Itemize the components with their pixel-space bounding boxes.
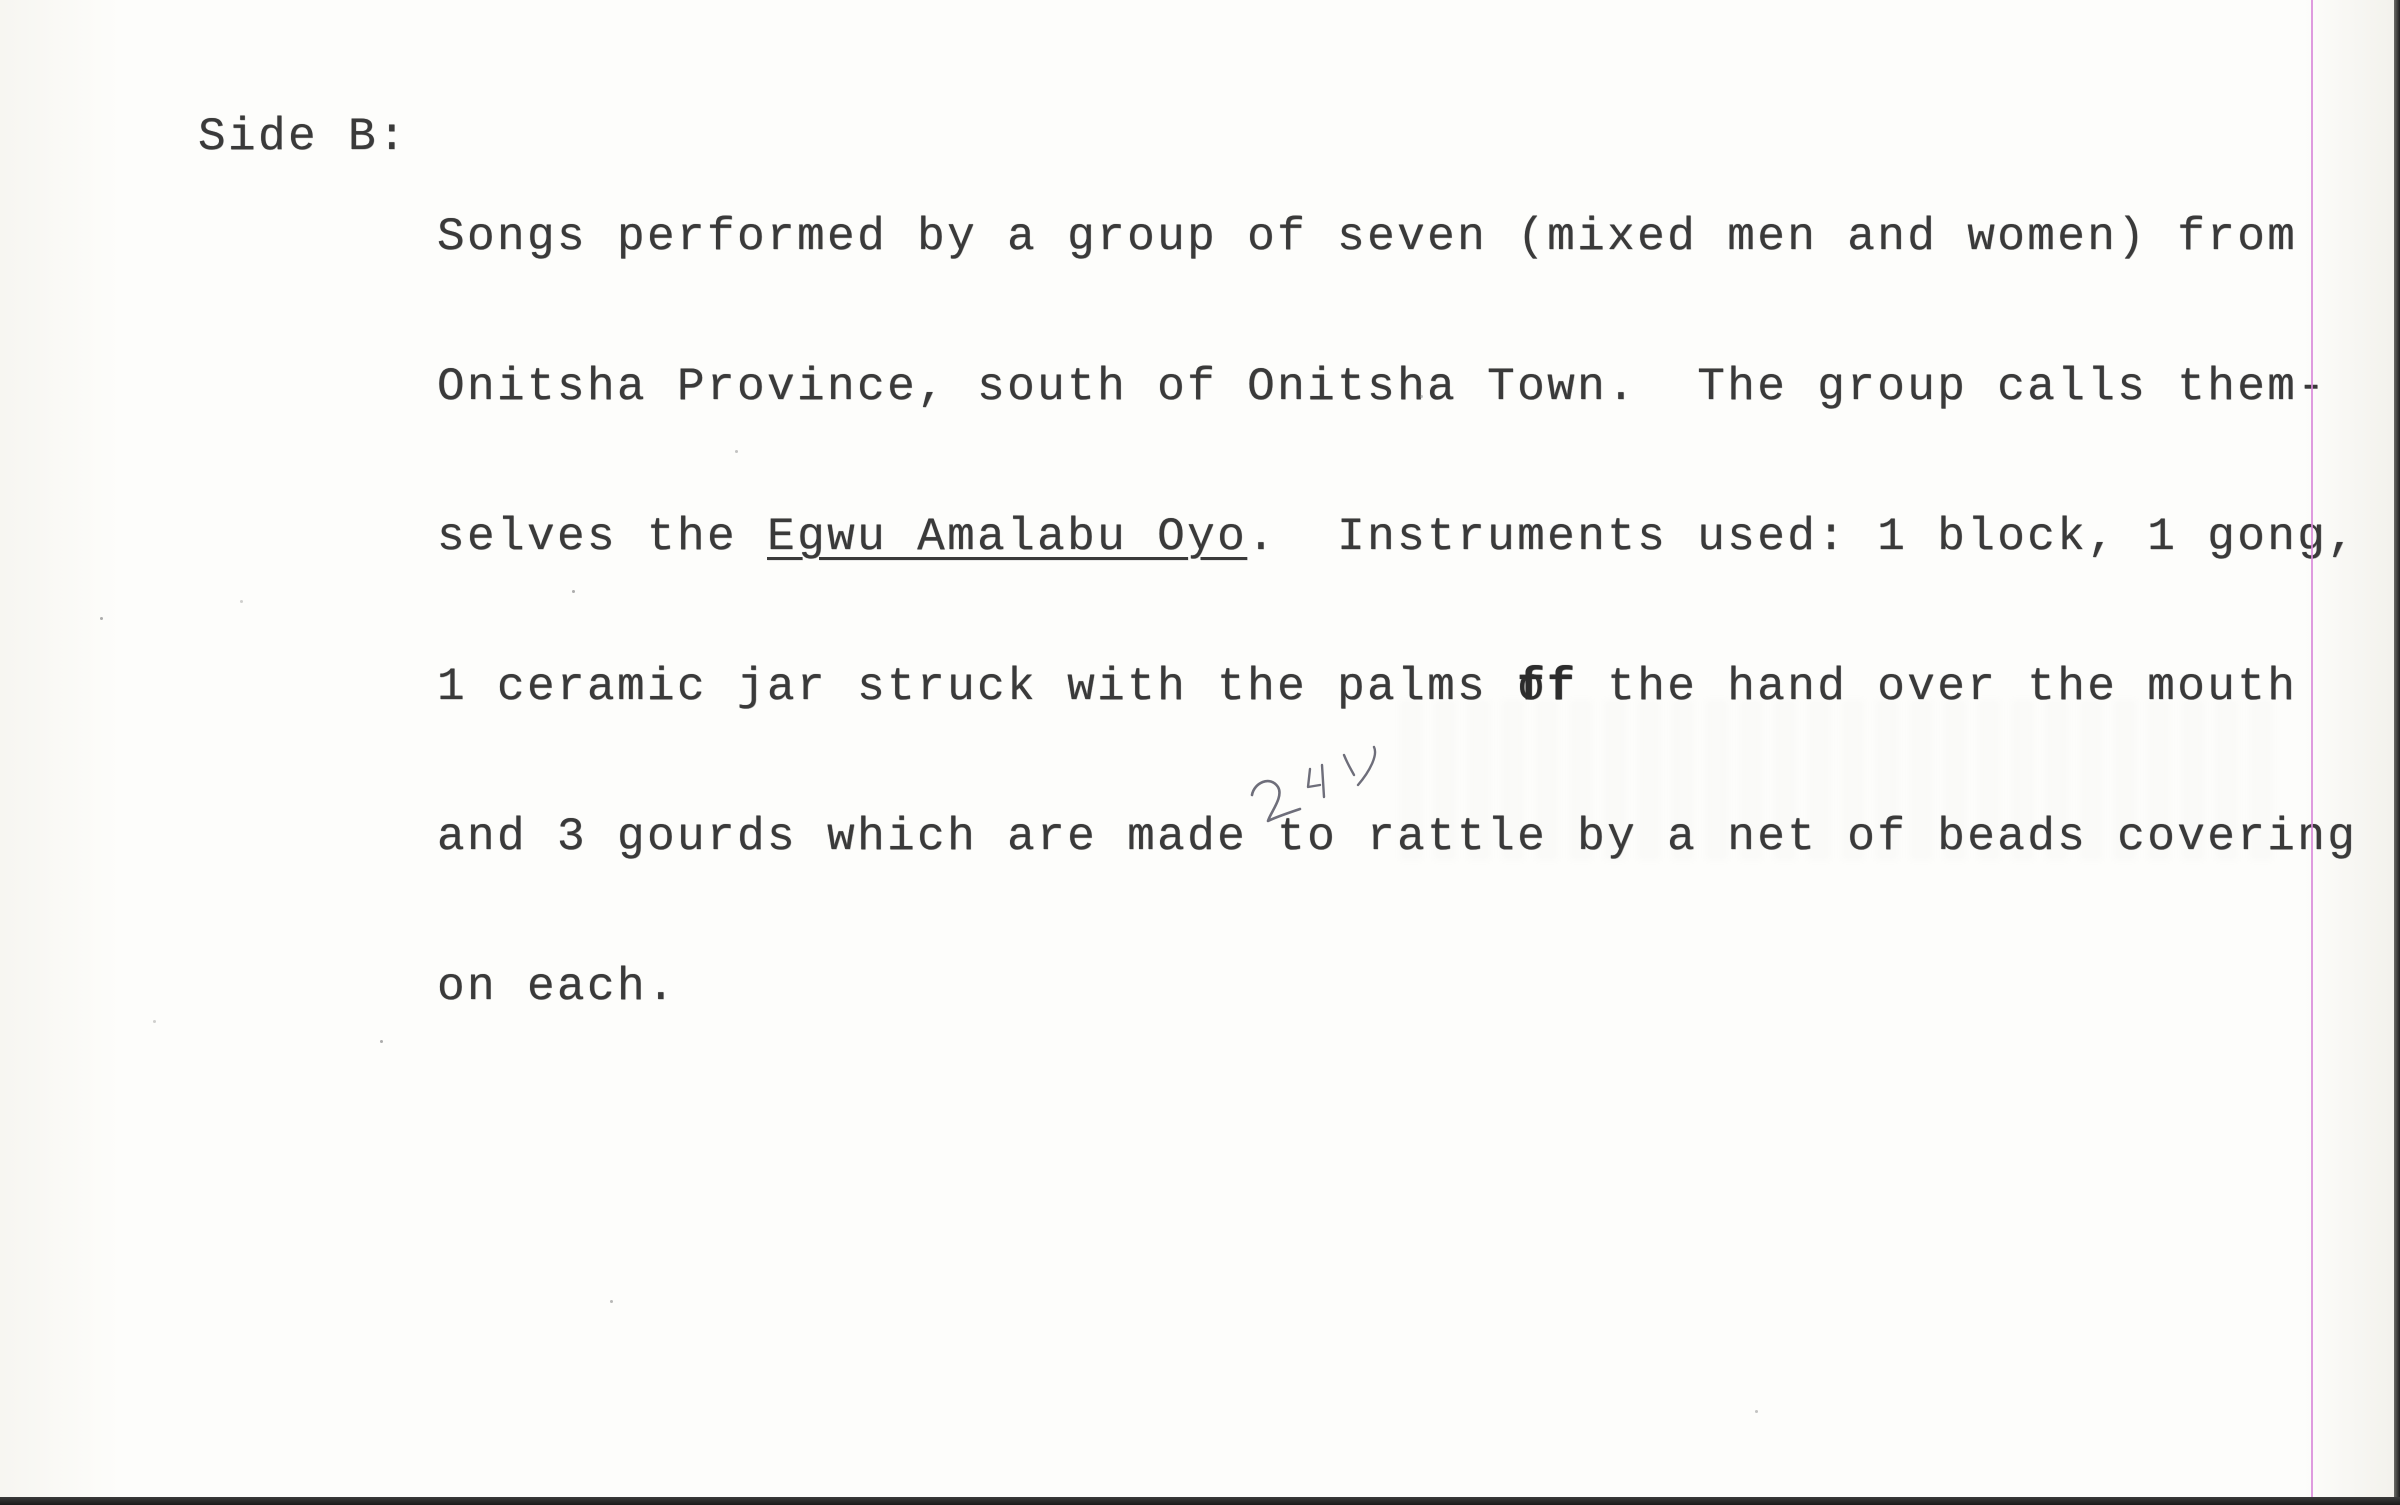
line-3-suffix: . Instruments used: 1 block, 1 gong, (1247, 511, 2357, 563)
handwritten-catalog-number: 24Y (1240, 735, 1390, 830)
description-line-6: on each. (437, 962, 2357, 1012)
description-line-3: selves the Egwu Amalabu Oyo. Instruments… (437, 512, 2357, 562)
paper-speck (572, 590, 575, 593)
overstruck-word: offf (1517, 662, 1577, 712)
index-card: Side B: Songs performed by a group of se… (0, 0, 2394, 1497)
paper-speck (100, 617, 103, 620)
paper-speck (610, 1300, 613, 1303)
group-name: Egwu Amalabu Oyo (767, 511, 1247, 563)
line-3-prefix: selves the (437, 511, 767, 563)
card-description: Songs performed by a group of seven (mix… (437, 112, 2357, 1112)
paper-speck (1420, 395, 1423, 398)
card-right-edge (2394, 0, 2400, 1505)
description-line-5: and 3 gourds which are made to rattle by… (437, 812, 2357, 862)
paper-speck (153, 1020, 156, 1023)
paper-speck (380, 1040, 383, 1043)
paper-speck (240, 600, 243, 603)
margin-rule (2311, 0, 2313, 1505)
side-label: Side B: (198, 112, 408, 162)
line-4-prefix: 1 ceramic jar struck with the palms (437, 661, 1517, 713)
paper-speck (1755, 1410, 1758, 1413)
description-line-1: Songs performed by a group of seven (mix… (437, 212, 2357, 262)
overstrike-correction: ff (1517, 661, 1577, 713)
description-line-4: 1 ceramic jar struck with the palms offf… (437, 662, 2357, 712)
paper-speck (735, 450, 738, 453)
card-bottom-edge (0, 1497, 2400, 1505)
line-4-suffix: the hand over the mouth (1577, 661, 2297, 713)
description-line-2: Onitsha Province, south of Onitsha Town.… (437, 362, 2357, 412)
